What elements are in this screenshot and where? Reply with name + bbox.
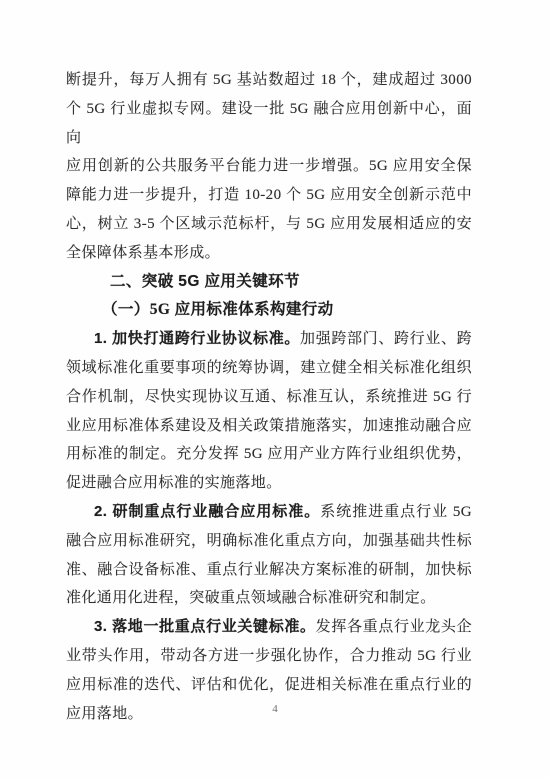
text-line: 业应用标准体系建设及相关政策措施落实，加速推动融合应: [66, 412, 472, 441]
document-page: 断提升，每万人拥有 5G 基站数超过 18 个，建成超过 3000个 5G 行业…: [0, 0, 550, 778]
body-text-segment: 业应用标准体系建设及相关政策措施落实，加速推动融合应: [66, 418, 472, 434]
text-line: 障能力进一步提升，打造 10-20 个 5G 应用安全创新示范中: [66, 181, 472, 210]
text-line: 准化通用化进程，突破重点领域融合标准研究和制定。: [66, 584, 472, 613]
body-text-segment: 断提升，每万人拥有 5G 基站数超过 18 个，建成超过 3000: [66, 72, 472, 88]
text-line: 融合应用标准研究，明确标准化重点方向，加强基础共性标: [66, 527, 472, 556]
text-line: 断提升，每万人拥有 5G 基站数超过 18 个，建成超过 3000: [66, 66, 472, 95]
body-text-segment: 发挥各重点行业龙头企: [316, 619, 472, 635]
heading-line: （一）5G 应用标准体系构建行动: [66, 296, 472, 325]
text-line: 心，树立 3-5 个区域示范标杆，与 5G 应用发展相适应的安: [66, 210, 472, 239]
text-block: 断提升，每万人拥有 5G 基站数超过 18 个，建成超过 3000个 5G 行业…: [66, 66, 472, 728]
body-text-segment: 应用创新的公共服务平台能力进一步增强。5G 应用安全保: [66, 158, 472, 174]
body-text-segment: 用标准的制定。充分发挥 5G 应用产业方阵行业组织优势，: [66, 446, 472, 462]
bold-text-segment: （一）5G 应用标准体系构建行动: [102, 301, 334, 318]
text-line: 个 5G 行业虚拟专网。建设一批 5G 融合应用创新中心，面向: [66, 95, 472, 153]
text-line: 1. 加快打通跨行业协议标准。加强跨部门、跨行业、跨: [66, 325, 472, 354]
bold-text-segment: 1. 加快打通跨行业协议标准。: [94, 330, 300, 347]
text-line: 业带头作用，带动各方进一步强化协作，合力推动 5G 行业: [66, 642, 472, 671]
text-line: 2. 研制重点行业融合应用标准。系统推进重点行业 5G: [66, 498, 472, 527]
bold-text-segment: 二、突破 5G 应用关键环节: [110, 273, 300, 290]
text-line: 用标准的制定。充分发挥 5G 应用产业方阵行业组织优势，: [66, 440, 472, 469]
body-text-segment: 准、融合设备标准、重点行业解决方案标准的研制，加快标: [66, 562, 472, 578]
body-text-segment: 个 5G 行业虚拟专网。建设一批 5G 融合应用创新中心，面向: [66, 101, 472, 146]
body-text-segment: 系统推进重点行业 5G: [320, 504, 472, 520]
page-number: 4: [0, 703, 550, 715]
text-line: 全保障体系基本形成。: [66, 239, 472, 268]
text-line: 合作机制，尽快实现协议互通、标准互认，系统推进 5G 行: [66, 383, 472, 412]
text-line: 3. 落地一批重点行业关键标准。发挥各重点行业龙头企: [66, 613, 472, 642]
text-line: 促进融合应用标准的实施落地。: [66, 469, 472, 498]
body-text-segment: 领域标准化重要事项的统筹协调，建立健全相关标准化组织: [66, 360, 472, 376]
bold-text-segment: 3. 落地一批重点行业关键标准。: [94, 618, 316, 635]
body-text-segment: 全保障体系基本形成。: [66, 245, 220, 261]
bold-text-segment: 2. 研制重点行业融合应用标准。: [94, 503, 320, 520]
body-text-segment: 加强跨部门、跨行业、跨: [300, 331, 472, 347]
heading-line: 二、突破 5G 应用关键环节: [66, 268, 472, 297]
body-text-segment: 融合应用标准研究，明确标准化重点方向，加强基础共性标: [66, 533, 472, 549]
body-text-segment: 障能力进一步提升，打造 10-20 个 5G 应用安全创新示范中: [66, 187, 472, 203]
text-line: 应用标准的迭代、评估和优化，促进相关标准在重点行业的: [66, 671, 472, 700]
text-line: 领域标准化重要事项的统筹协调，建立健全相关标准化组织: [66, 354, 472, 383]
body-text-segment: 准化通用化进程，突破重点领域融合标准研究和制定。: [66, 590, 436, 606]
body-text-segment: 促进融合应用标准的实施落地。: [66, 475, 282, 491]
body-text-segment: 应用标准的迭代、评估和优化，促进相关标准在重点行业的: [66, 677, 472, 693]
body-text-segment: 心，树立 3-5 个区域示范标杆，与 5G 应用发展相适应的安: [66, 216, 472, 232]
body-text-segment: 合作机制，尽快实现协议互通、标准互认，系统推进 5G 行: [66, 389, 472, 405]
text-line: 准、融合设备标准、重点行业解决方案标准的研制，加快标: [66, 556, 472, 585]
body-text-segment: 业带头作用，带动各方进一步强化协作，合力推动 5G 行业: [66, 648, 472, 664]
text-line: 应用创新的公共服务平台能力进一步增强。5G 应用安全保: [66, 152, 472, 181]
